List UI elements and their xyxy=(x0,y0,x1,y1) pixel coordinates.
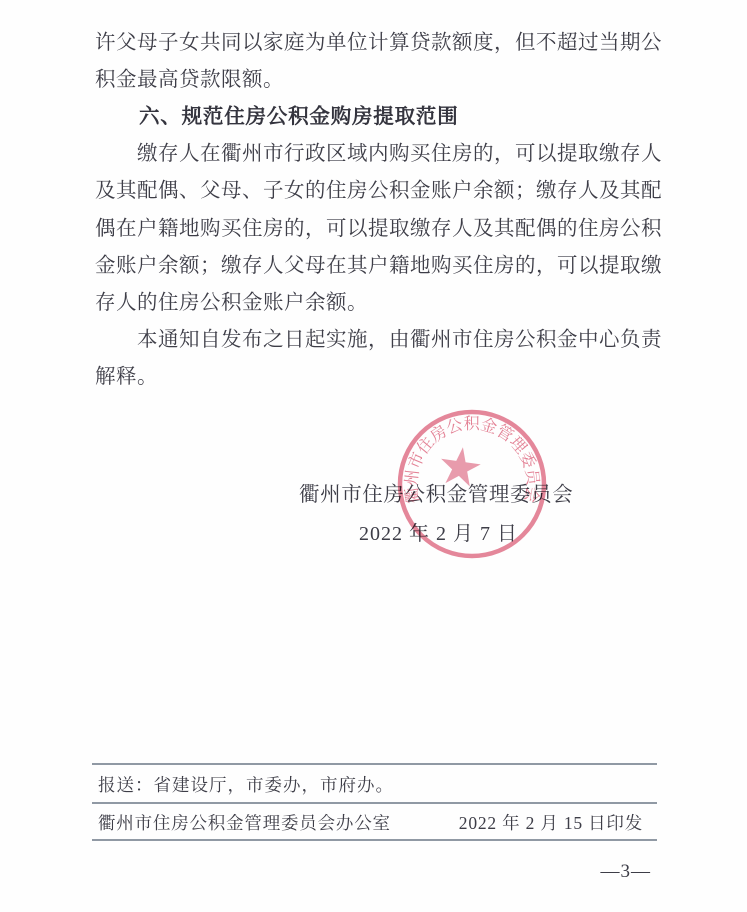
page-number: —3— xyxy=(601,861,652,883)
footer-copy-to: 报送：省建设厅，市委办，市府办。 xyxy=(98,772,394,797)
signature-date: 2022 年 2 月 7 日 xyxy=(359,517,518,546)
document-page: 许父母子女共同以家庭为单位计算贷款额度，但不超过当期公 积金最高贷款限额。 六、… xyxy=(0,0,747,912)
body-line: 金账户余额；缴存人父母在其户籍地购买住房的，可以提取缴 xyxy=(95,244,670,281)
body-line: 本通知自发布之日起实施，由衢州市住房公积金中心负责 xyxy=(95,319,670,356)
footer-divider-top xyxy=(92,763,657,765)
section-heading: 六、规范住房公积金购房提取范围 xyxy=(95,95,670,132)
body-line: 许父母子女共同以家庭为单位计算贷款额度，但不超过当期公 xyxy=(95,21,670,58)
body-line: 积金最高贷款限额。 xyxy=(95,58,670,95)
body-line: 缴存人在衢州市行政区域内购买住房的，可以提取缴存人 xyxy=(95,133,670,170)
body-text-block: 许父母子女共同以家庭为单位计算贷款额度，但不超过当期公 积金最高贷款限额。 六、… xyxy=(95,21,670,393)
body-line: 及其配偶、父母、子女的住房公积金账户余额；缴存人及其配 xyxy=(95,170,670,207)
footer-divider-bottom xyxy=(92,839,657,841)
footer-issuer-row: 衢州市住房公积金管理委员会办公室 2022 年 2 月 15 日印发 xyxy=(98,810,643,835)
body-line: 解释。 xyxy=(95,356,670,393)
signature-org: 衢州市住房公积金管理委员会 xyxy=(299,477,573,507)
footer-print-date: 2022 年 2 月 15 日印发 xyxy=(459,810,643,835)
body-line: 偶在户籍地购买住房的，可以提取缴存人及其配偶的住房公积 xyxy=(95,207,670,244)
footer-divider-middle xyxy=(92,802,657,804)
body-line: 存人的住房公积金账户余额。 xyxy=(95,281,670,318)
footer-issuer: 衢州市住房公积金管理委员会办公室 xyxy=(98,810,391,835)
